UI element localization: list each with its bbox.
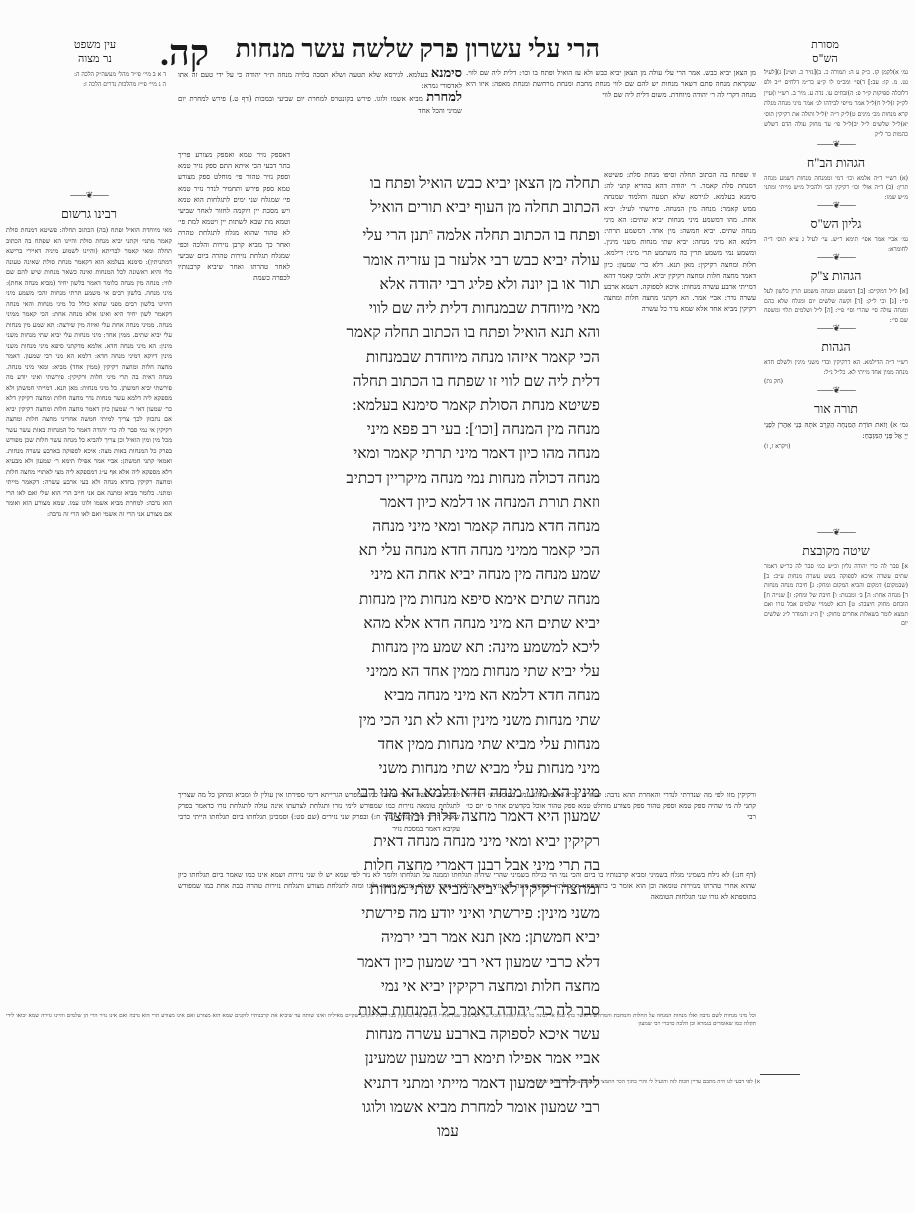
masoret-hashas-label: מסורת הש"ס	[790, 38, 860, 66]
gemara-line: דלא כרבי שמעון דאי רבי שמעון כיון דאמר	[296, 951, 600, 975]
tosafot-heading: למחרת	[426, 90, 462, 105]
gemara-line: מנחה חדא מנחה קאמר ומאי מיני מנחה	[296, 515, 600, 539]
ner-mitzvah-label-line2: נר מצוה	[60, 52, 130, 66]
gemara-line: והא תנא הואיל ופתח בו הכתוב תחלה קאמר	[296, 321, 600, 345]
side-section-text: גמ׳ אביי אמר אפי׳ תימא ר״ש. עי׳ לעיל ג ע…	[764, 235, 908, 254]
ornament-divider-icon: ——❦——	[764, 529, 908, 537]
tosafot-heading: סימנא	[431, 66, 462, 81]
side-section: ——❦—— גליון הש"ס גמ׳ אביי אמר אפי׳ תימא …	[764, 202, 908, 254]
side-section-text: א] סבר לה כרי יהודה גליון וכ״ש כמ׳ סבר ל…	[764, 562, 908, 629]
side-section-text: [א] ל״ל דמקיים: [ב] דמשמע ומנחה משמע תרי…	[764, 287, 908, 325]
tosafot-heading-text: בעלמא. לגירסא שלא תטעה ושלא תסכה בלויה מ…	[178, 71, 462, 90]
gemara-line: הכי קאמר איזהו מנחה מיוחדת שבמנחות	[296, 346, 600, 370]
gemara-line: תחלה מן הצאן יביא כבש הואיל ופתח בו	[296, 172, 600, 196]
page-title: הרי עלי עשרון פרק שלשה עשר מנחות	[300, 36, 600, 64]
side-section: ——❦—— הגהות רש״י ד״ה הדילמא. הא דרקיקין …	[764, 325, 908, 387]
side-section: ——❦—— שיטה מקובצת א] סבר לה כרי יהודה גל…	[764, 529, 908, 629]
gemara-line: מנחה מהו כיון דאמר מיני תרתי קאמר ומאי	[296, 442, 600, 466]
side-section-title: הגהות צ"ק	[764, 268, 908, 284]
gemara-line: ופתח בו הכתוב תחלה אלמה התנן הרי עלי	[296, 220, 600, 248]
tosafot-commentary-bottom: לטומאה שיעשה אחרי טהרתו כמו שמפרש הגריית…	[178, 790, 460, 835]
ornament-divider-icon: ——❦——	[6, 192, 172, 200]
gemara-line: מחצה חלות ומחצה רקיקין יביא אי נמי	[296, 975, 600, 999]
masoret-label-line2: הש"ס	[790, 52, 860, 66]
gemara-main-text: תחלה מן הצאן יביא כבש הואיל ופתח בו הכתו…	[296, 172, 600, 1144]
gemara-line-part: ופתח בו הכתוב תחלה אלמה	[433, 228, 600, 245]
footnote: א) לפי דבעי לנו היה מתבם עדיין חכות לזה …	[440, 1078, 760, 1086]
rashi-commentary-side: זו שפתח בה הכתוב תחלה וסיפו מנחת סלת: פש…	[604, 170, 756, 316]
gemara-line: שתי מנחות משני מינין והא לא תני הכי מין	[296, 709, 600, 733]
gemara-line: דלית ליה שם לווי זו שפתח בו הכתוב תחלה	[296, 370, 600, 394]
gemara-line: ליכא למשמע מינה: תא שמע מין מנחות	[296, 636, 600, 660]
gemara-line: עולה יביא כבש רבי אלעזר בן עזריה אומר	[296, 249, 600, 273]
side-section-text: (א) רש״י ד״ה אלמא וכו׳ דמי וממנחה מנחות …	[764, 174, 908, 203]
tosafot-commentary-top: סימנא בעלמא. לגירסא שלא תטעה ושלא תסכה ב…	[178, 68, 462, 117]
gemara-line: משני מינין: פירשתי ואיני יודע מה פירשתי	[296, 902, 600, 926]
ein-mishpat-entry: ה ג מיי׳ פי״ז מהלכות נדרים הלכה ז:	[6, 80, 166, 90]
ein-mishpat-label-line1: עין משפט	[60, 38, 130, 52]
rabbeinu-gershom-section: ——❦—— רבינו גרשום מאי מיוחדת הואיל ופתח …	[6, 192, 172, 519]
footer-commentary: וכל מיני מנחות לשם נדבה ואלו מנחות המנחה…	[6, 1012, 756, 1028]
ornament-divider-icon: ——❦——	[764, 202, 908, 210]
side-section: ——❦—— הגהות הב"ח (א) רש״י ד״ה אלמא וכו׳ …	[764, 141, 908, 203]
gemara-line: מיני מנחות עלי מביא שתי מנחות משני	[296, 757, 600, 781]
side-section: ——❦—— תורה אור גמ׳ א) וְזֹאת תּוֹרַת הַמ…	[764, 387, 908, 452]
gemara-line: מנחה מין המנחה [וכו׳]: בעי רב פפא מיני	[296, 418, 600, 442]
side-section-title: הגהות	[764, 339, 908, 355]
gemara-line: עמו	[296, 1120, 600, 1144]
masoret-label-line1: מסורת	[790, 38, 860, 52]
gemara-line: יביא שתים הא מיני מנחה חדא אלא מהא	[296, 612, 600, 636]
ornament-divider-icon: ——❦——	[764, 254, 908, 262]
gemara-line: וזאת תורת המנחה או דלמא כיון דאמר	[296, 491, 600, 515]
ornament-divider-icon: ——❦——	[764, 325, 908, 333]
side-section-title: תורה אור	[764, 401, 908, 417]
tosafot-entry: למחרת מביא אשמו ולוגו. פירש בקונטרס למחר…	[178, 92, 462, 116]
side-section-title: הגהות הב"ח	[764, 155, 908, 171]
gemara-line: מאי מיוחדת שבמנחות דלית ליה שם לווי	[296, 297, 600, 321]
rabbeinu-gershom-title: רבינו גרשום	[6, 206, 172, 222]
rashi-commentary-bottom: ורקיקין מזו לפי מה שנדרתי לנדרי והאחרת ת…	[466, 790, 756, 824]
rashi-commentary-top: מן הצאן יביא כבש. אמר הרי עלי עולה מן הצ…	[466, 68, 756, 102]
gemara-line: הכתוב תחלה מן העוף יביא תורים הואיל	[296, 196, 600, 220]
tosafot-heading-text: מביא אשמו ולוגו. פירש בקונטרס למחרת יום …	[178, 95, 462, 114]
side-section-text: רש״י ד״ה הדילמא. הא דרקיקין ובדי משני מי…	[764, 358, 908, 377]
gemara-line: שמע מנחה מין מנחה יביא אחת הא מיני	[296, 563, 600, 587]
gemara-line: עלי יביא שתי מנחות ממין אחד הא ממיני	[296, 660, 600, 684]
gemara-line: הכי קאמר ממיני מנחה חדא מנחה עלי תא	[296, 539, 600, 563]
ein-mishpat-entries: ד א ב מיי׳ פי״ד מהל׳ מעשה״ק הלכה ה: ה ג …	[6, 70, 166, 89]
side-section-text: גמ׳ א) וְזֹאת תּוֹרַת הַמִּנְחָה הַקְרֵב…	[764, 420, 908, 442]
footnote-divider	[760, 1074, 800, 1075]
ein-mishpat-entry: ד א ב מיי׳ פי״ד מהל׳ מעשה״ק הלכה ה:	[6, 70, 166, 80]
gemara-line: מנחה דכולה מנחות נמי מנחה מיקריין דכתיב	[296, 467, 600, 491]
masoret-hashas: גמ׳ א)לקמן קז. כ״ק ע ה: תמורה כ. ב)[נזיר…	[764, 68, 908, 629]
ornament-divider-icon: ——❦——	[764, 387, 908, 395]
side-section-source: (ויקרא ו, ז)	[764, 442, 908, 452]
gemara-line: תור או בן יונה ולא פליג רבי יהודה אלא	[296, 273, 600, 297]
gemara-line: מנחה חדא דלמא הא מיני מנחה מביא	[296, 684, 600, 708]
side-section-title: שיטה מקובצת	[764, 543, 908, 559]
rabbeinu-gershom-text: מאי מיוחדת הואיל ופתח (בה) הכתוב תחלה: פ…	[6, 225, 172, 519]
gemara-line: יביא חמשתן: מאן תנא אמר רבי ירמיה	[296, 926, 600, 950]
tosafot-commentary-wide: (דף חנ:) לא גילח בשמיני מגלח בשמיני ומבי…	[178, 870, 756, 904]
tosafot-commentary-side: דאספק נזיר טמא ואספק מצורע פריך בתר דבעי…	[178, 150, 290, 284]
side-section-title: גליון הש"ס	[764, 216, 908, 232]
tosafot-entry: סימנא בעלמא. לגירסא שלא תטעה ושלא תסכה ב…	[178, 68, 462, 92]
side-section: ——❦—— הגהות צ"ק [א] ל״ל דמקיים: [ב] דמשמ…	[764, 254, 908, 325]
gemara-line-part: תנן הרי עלי	[362, 228, 428, 245]
masoret-text: גמ׳ א)לקמן קז. כ״ק ע ה: תמורה כ. ב)[נזיר…	[764, 68, 908, 141]
gemara-line: רבי שמעון אומר למחרת מביא אשמו ולוגו	[296, 1096, 600, 1120]
ein-mishpat-label: עין משפט נר מצוה	[60, 38, 130, 66]
side-sections: ——❦—— הגהות הב"ח (א) רש״י ד״ה אלמא וכו׳ …	[764, 141, 908, 629]
gemara-line: מנחות עלי מביא שתי מנחות ממין אחד	[296, 733, 600, 757]
gemara-line: פשיטא מנחת הסולת קאמר סימנא בעלמא:	[296, 394, 600, 418]
ornament-divider-icon: ——❦——	[764, 141, 908, 149]
gemara-line: אביי אמר אפילו תימא רבי שמעון שמעינן	[296, 1047, 600, 1071]
gemara-line: מנחה שתים אימא סיפא מנחות מין מנחות	[296, 588, 600, 612]
